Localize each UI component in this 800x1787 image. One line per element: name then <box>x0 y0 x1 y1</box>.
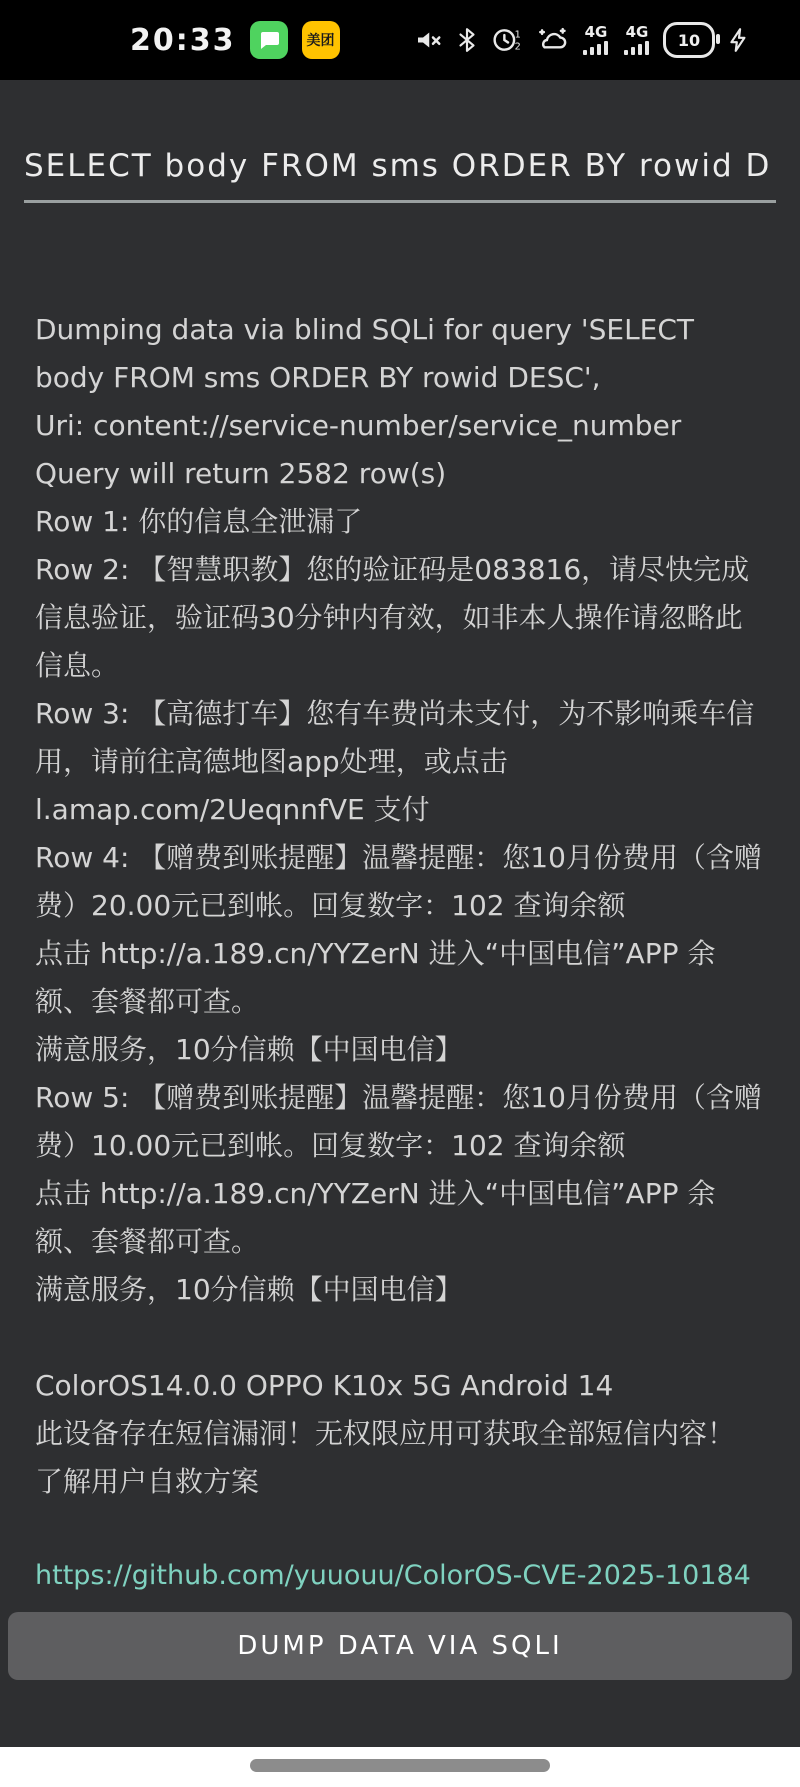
gesture-handle[interactable] <box>250 1759 550 1772</box>
chat-bubble-icon <box>257 28 281 52</box>
cve-github-link[interactable]: https://github.com/yuuouu/ColorOS-CVE-20… <box>35 1560 770 1591</box>
battery-level-label: 10 <box>678 31 700 50</box>
mute-icon <box>413 25 443 55</box>
clock: 20:33 <box>130 23 236 58</box>
sqli-dump-output: Dumping data via blind SQLi for query 'S… <box>35 306 770 1506</box>
signal-sim2-icon: 4G <box>622 25 652 56</box>
weather-icon <box>536 25 570 55</box>
meituan-notification-icon: 美团 <box>302 21 340 59</box>
network-type-label: 4G <box>585 25 608 40</box>
svg-text:1: 1 <box>515 30 521 41</box>
system-status-icons: 1 2 4G <box>413 22 752 58</box>
bluetooth-icon <box>454 25 480 55</box>
messages-notification-icon <box>250 21 288 59</box>
signal-sim1-icon: 4G <box>581 25 611 56</box>
gesture-nav-bar <box>0 1747 800 1787</box>
alarm-icon: 1 2 <box>491 25 525 55</box>
dump-data-button[interactable]: DUMP DATA VIA SQLI <box>8 1612 792 1680</box>
sql-query-input[interactable]: SELECT body FROM sms ORDER BY rowid D <box>24 148 776 203</box>
svg-text:2: 2 <box>515 42 521 53</box>
status-bar: 20:33 美团 <box>0 0 800 80</box>
battery-icon: 10 <box>663 22 715 58</box>
app-screen: 20:33 美团 <box>0 0 800 1787</box>
network-type-label: 4G <box>626 25 649 40</box>
charging-icon <box>726 25 752 55</box>
